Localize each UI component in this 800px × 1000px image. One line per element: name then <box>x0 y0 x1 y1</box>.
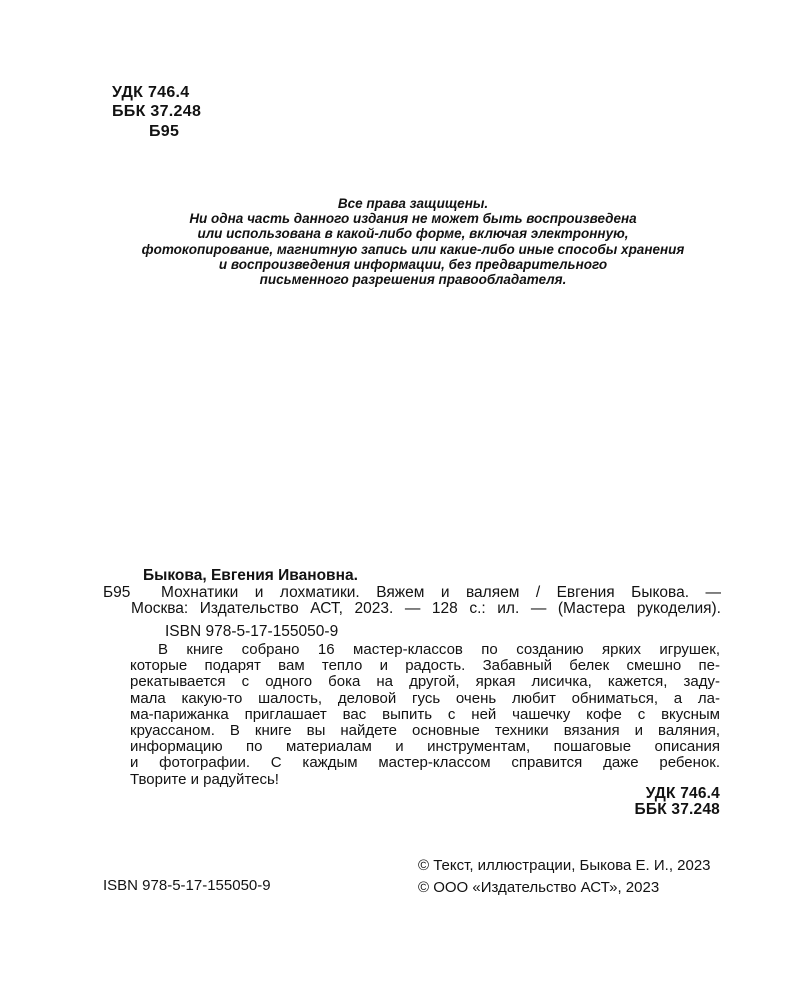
book-imprint-page: { "top_codes": { "udk": "УДК 746.4", "bb… <box>0 0 800 1000</box>
rights-notice-line: и воспроизведения информации, без предва… <box>110 257 716 272</box>
annotation-line: и фотографии. С каждым мастер-классом сп… <box>130 755 720 771</box>
annotation-line: ма-парижанка приглашает вас выпить с ней… <box>130 707 720 723</box>
rights-notice-line: Ни одна часть данного издания не может б… <box>110 211 716 226</box>
rights-notice-line: фотокопирование, магнитную запись или ка… <box>110 242 716 257</box>
annotation-line: круассаном. В книге вы найдете основные … <box>130 723 720 739</box>
footer-isbn: ISBN 978-5-17-155050-9 <box>103 877 271 894</box>
udk-code: УДК 746.4 <box>112 83 201 102</box>
rights-notice-line: или использована в какой-либо форме, вкл… <box>110 226 716 241</box>
bottom-classification-codes: УДК 746.4 ББК 37.248 <box>130 786 720 818</box>
annotation-line: информацию по материалам и инструментам,… <box>130 739 720 755</box>
annotation-line: В книге собрано 16 мастер-классов по соз… <box>130 642 720 658</box>
rights-notice-line: письменного разрешения правообладателя. <box>110 272 716 287</box>
author-heading: Быкова, Евгения Ивановна. <box>143 568 721 585</box>
bibliographic-entry: Быкова, Евгения Ивановна. Б95 Мохнатики … <box>103 568 721 640</box>
author-sign-code: Б95 <box>112 122 201 141</box>
copyright-block: © Текст, иллюстрации, Быкова Е. И., 2023… <box>418 855 711 898</box>
bib-entry-line: Мохнатики и лохматики. Вяжем и валяем / … <box>131 585 721 602</box>
udk-code-right: УДК 746.4 <box>130 786 720 802</box>
rights-notice: Все права защищены. Ни одна часть данног… <box>110 196 716 287</box>
bbk-code: ББК 37.248 <box>112 102 201 121</box>
annotation-line: мала какую-то шалость, деловой гусь очен… <box>130 691 720 707</box>
top-classification-codes: УДК 746.4 ББК 37.248 Б95 <box>112 83 201 141</box>
bbk-code-right: ББК 37.248 <box>130 802 720 818</box>
rights-notice-line: Все права защищены. <box>110 196 716 211</box>
isbn-entry: ISBN 978-5-17-155050-9 <box>165 624 721 641</box>
hanging-author-code: Б95 <box>103 585 130 602</box>
bib-entry-line: Москва: Издательство АСТ, 2023. — 128 с.… <box>131 601 721 618</box>
annotation-paragraph: В книге собрано 16 мастер-классов по соз… <box>130 642 720 788</box>
copyright-line-author: © Текст, иллюстрации, Быкова Е. И., 2023 <box>418 855 711 877</box>
copyright-line-publisher: © ООО «Издательство АСТ», 2023 <box>418 877 711 899</box>
annotation-line: рекатывается с одного бока на другой, яр… <box>130 674 720 690</box>
annotation-line: которые подарят вам тепло и радость. Заб… <box>130 658 720 674</box>
